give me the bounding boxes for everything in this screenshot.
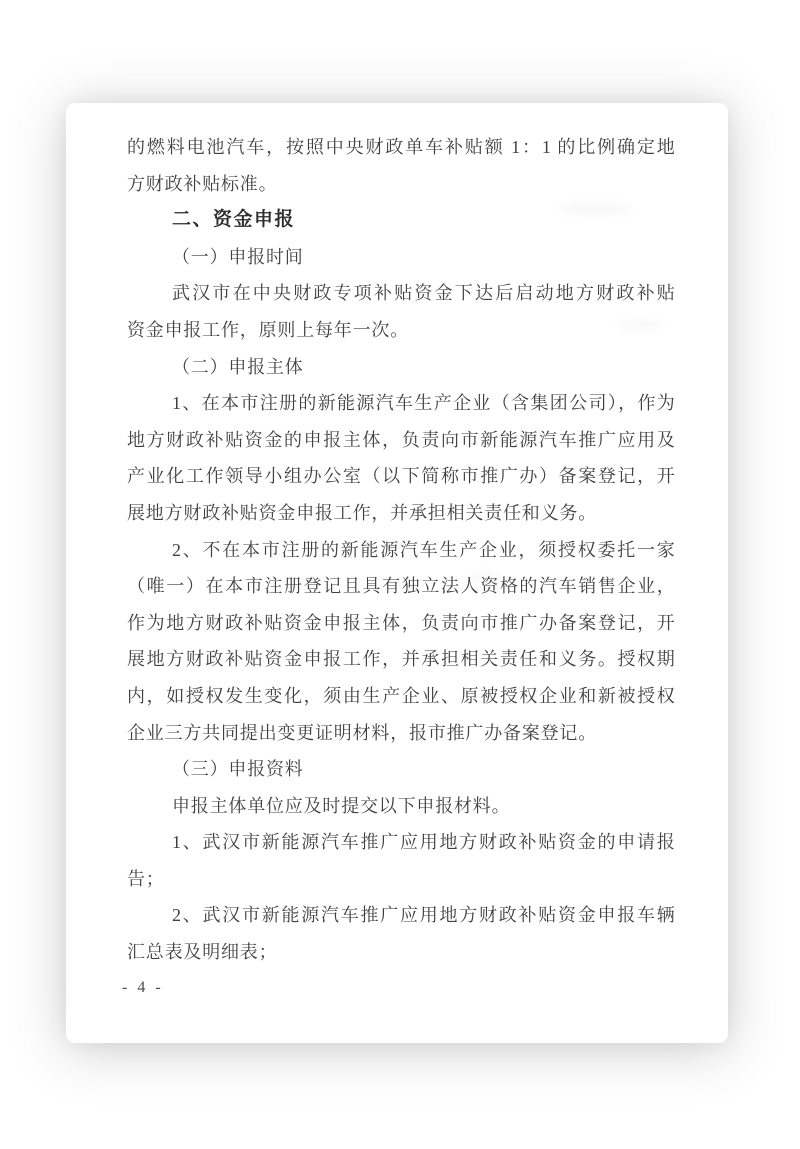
document-canvas: 的燃料电池汽车，按照中央财政单车补贴额 1：1 的比例确定地方财政补贴标准。二、… [0,0,800,1149]
text-line: （唯一）在本市注册登记且具有独立法人资格的汽车销售企业， [127,568,675,605]
text-line: 地方财政补贴资金的申报主体，负责向市新能源汽车推广应用及 [127,422,675,459]
text-line: 1、武汉市新能源汽车推广应用地方财政补贴资金的申请报 [127,824,675,861]
text-line: 作为地方财政补贴资金申报主体，负责向市推广办备案登记，开 [127,605,675,642]
text-line: （二）申报主体 [127,349,675,386]
text-line: 的燃料电池汽车，按照中央财政单车补贴额 1：1 的比例确定地 [127,129,675,166]
text-line: 展地方财政补贴资金申报工作，并承担相关责任和义务。 [127,495,675,532]
text-line: 汇总表及明细表； [127,934,675,971]
text-line: 产业化工作领导小组办公室（以下简称市推广办）备案登记，开 [127,458,675,495]
text-line: 企业三方共同提出变更证明材料，报市推广办备案登记。 [127,715,675,752]
screenshot-root: { "document": { "page_number": "- 4 -", … [0,0,800,1149]
text-line: 告； [127,861,675,898]
text-line: 内，如授权发生变化，须由生产企业、原被授权企业和新被授权 [127,678,675,715]
page-number: - 4 - [122,979,164,997]
text-line: （三）申报资料 [127,751,675,788]
page-sheet: 的燃料电池汽车，按照中央财政单车补贴额 1：1 的比例确定地方财政补贴标准。二、… [66,103,728,1043]
text-line: 武汉市在中央财政专项补贴资金下达后启动地方财政补贴 [127,275,675,312]
section-heading: 二、资金申报 [127,202,675,239]
document-body: 的燃料电池汽车，按照中央财政单车补贴额 1：1 的比例确定地方财政补贴标准。二、… [127,129,675,971]
text-line: 1、在本市注册的新能源汽车生产企业（含集团公司），作为 [127,385,675,422]
text-line: 申报主体单位应及时提交以下申报材料。 [127,788,675,825]
text-line: 2、武汉市新能源汽车推广应用地方财政补贴资金申报车辆 [127,897,675,934]
text-line: 资金申报工作，原则上每年一次。 [127,312,675,349]
text-line: （一）申报时间 [127,239,675,276]
text-line: 方财政补贴标准。 [127,166,675,203]
text-line: 展地方财政补贴资金申报工作，并承担相关责任和义务。授权期 [127,641,675,678]
text-line: 2、不在本市注册的新能源汽车生产企业，须授权委托一家 [127,532,675,569]
